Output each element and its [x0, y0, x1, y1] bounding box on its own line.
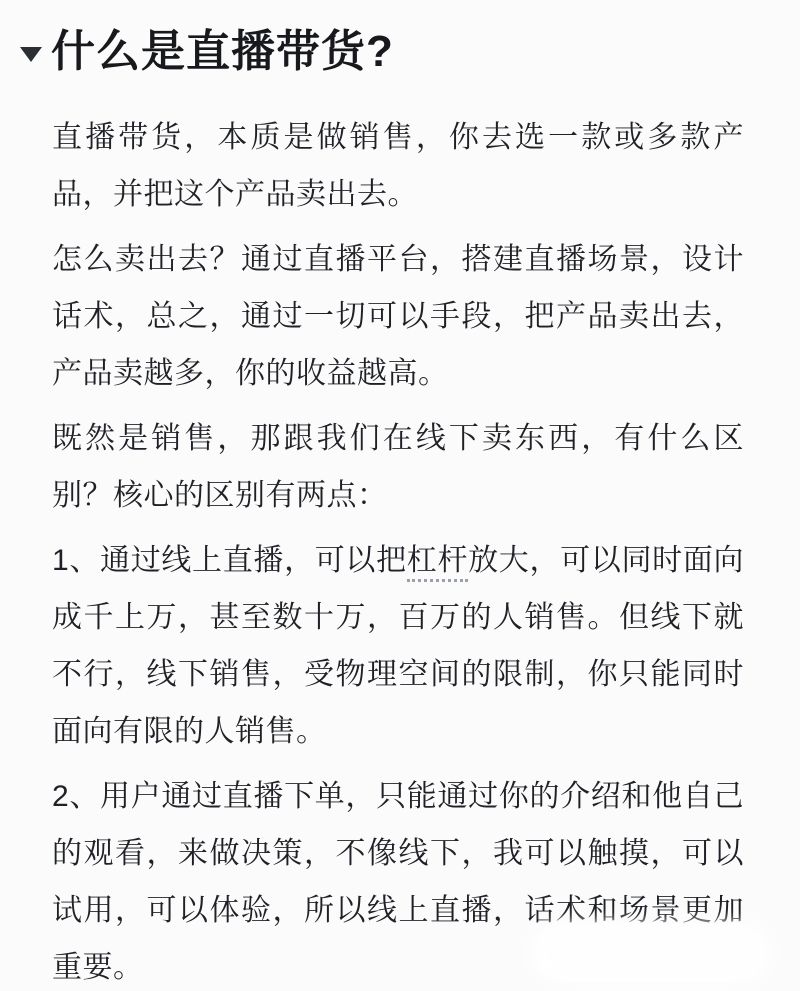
paragraph-5: 2、用户通过直播下单，只能通过你的介绍和他自己的观看，来做决策，不像线下，我可以…	[52, 768, 744, 991]
dotted-underlined-term: 杠杆	[407, 544, 468, 582]
paragraph-3: 既然是销售，那跟我们在线下卖东西，有什么区别？核心的区别有两点：	[52, 410, 744, 524]
paragraph-2: 怎么卖出去？通过直播平台，搭建直播场景，设计话术，总之，通过一切可以手段，把产品…	[52, 231, 744, 402]
section-heading: 什么是直播带货?	[0, 0, 800, 79]
page-title: 什么是直播带货?	[51, 26, 394, 79]
document-page: 什么是直播带货? 直播带货，本质是做销售，你去选一款或多款产品，并把这个产品卖出…	[0, 0, 800, 991]
paragraph-4: 1、通过线上直播，可以把杠杆放大，可以同时面向成千上万，甚至数十万，百万的人销售…	[52, 532, 744, 760]
paragraph-4-pre-text: 1、通过线上直播，可以把	[52, 544, 407, 577]
paragraph-1: 直播带货，本质是做销售，你去选一款或多款产品，并把这个产品卖出去。	[52, 109, 744, 223]
collapse-triangle-icon[interactable]	[20, 47, 42, 62]
article-body: 直播带货，本质是做销售，你去选一款或多款产品，并把这个产品卖出去。 怎么卖出去？…	[0, 79, 800, 991]
